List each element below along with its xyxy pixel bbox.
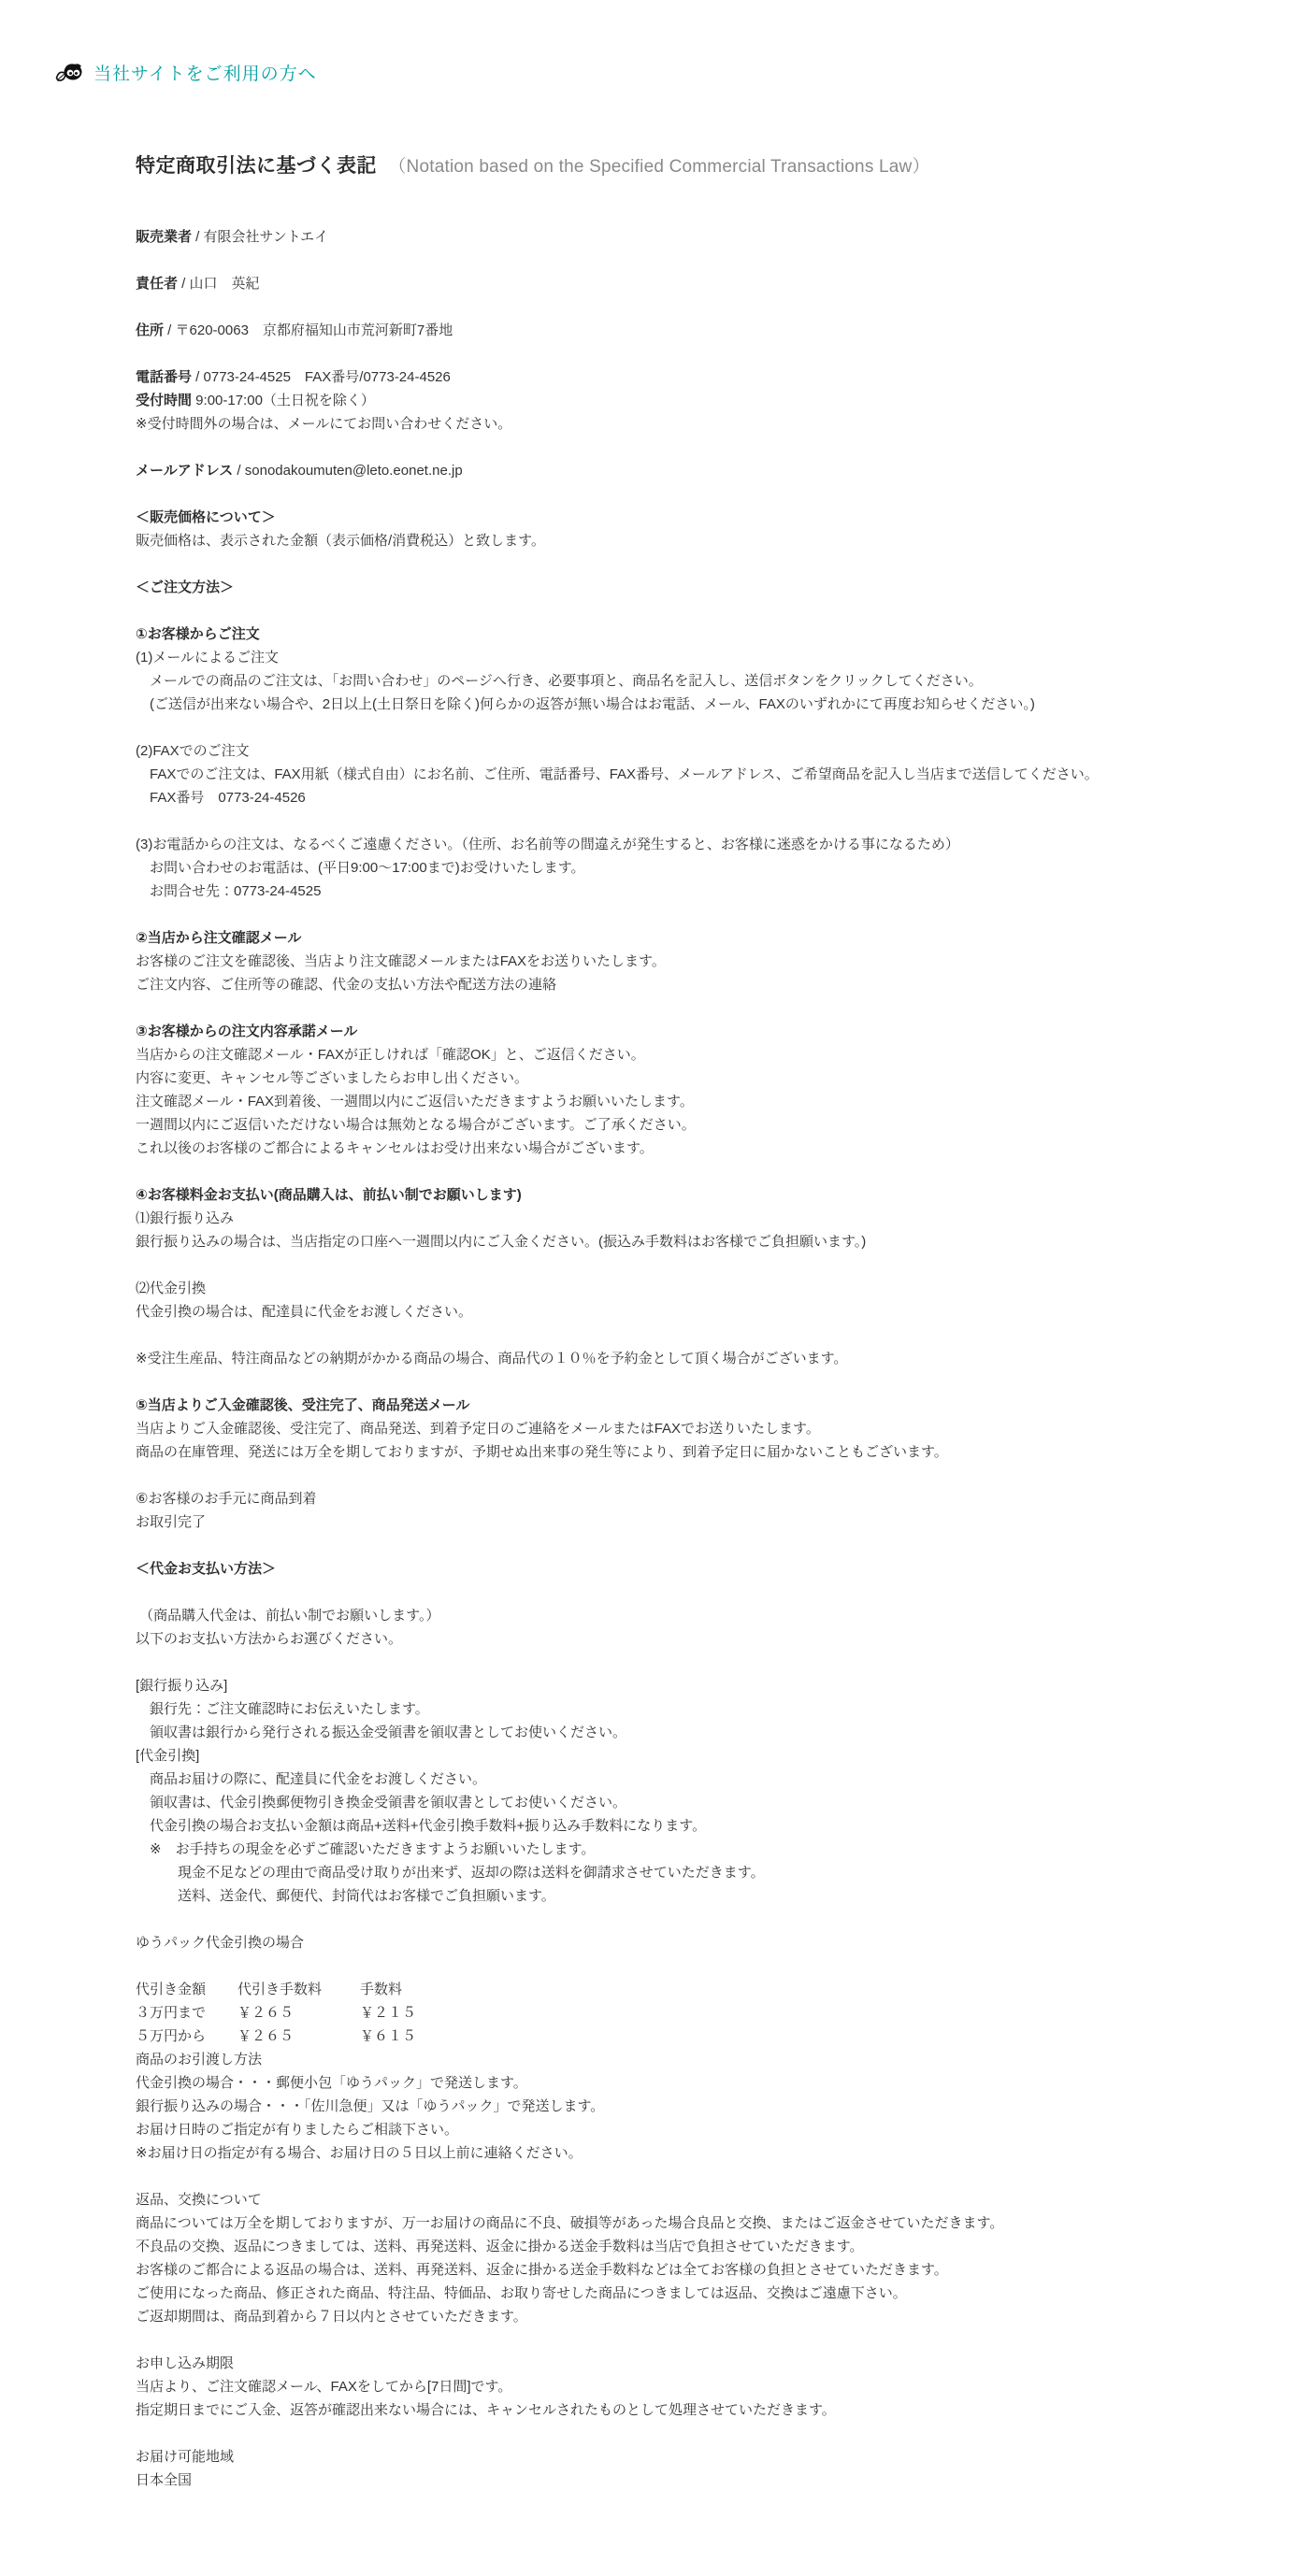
- doc-line: 領収書は銀行から発行される振込金受領書を領収書としてお使いください。: [136, 1721, 1304, 1744]
- doc-line: 商品のお引渡し方法: [136, 2048, 1304, 2071]
- doc-line: メールでの商品のご注文は、「お問い合わせ」のページへ行き、必要事項と、商品名を記…: [136, 669, 1304, 693]
- page-title: 特定商取引法に基づく表記 （Notation based on the Spec…: [136, 150, 1309, 179]
- doc-line: 銀行振り込みの場合は、当店指定の口座へ一週間以内にご入金ください。(振込み手数料…: [136, 1230, 1304, 1253]
- fee-table-cell: ５万円から: [136, 2025, 237, 2048]
- doc-line: 銀行先：ご注文確認時にお伝えいたします。: [136, 1697, 1304, 1721]
- text-block: ④お客様料金お支払い(商品購入は、前払い制でお願いします)⑴銀行振り込み銀行振り…: [136, 1183, 1304, 1253]
- text-block: 返品、交換について商品については万全を期しておりますが、万一お届けの商品に不良、…: [136, 2188, 1304, 2328]
- text-block: 代引き金額代引き手数料手数料３万円まで￥２６５￥２１５５万円から￥２６５￥６１５…: [136, 1978, 1304, 2165]
- text-block: ⑵代金引換代金引換の場合は、配達員に代金をお渡しください。: [136, 1277, 1304, 1324]
- doc-line: (3)お電話からの注文は、なるべくご遠慮ください。（住所、お名前等の間違えが発生…: [136, 833, 1304, 856]
- text-block: 販売業者 / 有限会社サントエイ: [136, 225, 1304, 249]
- doc-heading-line: ④お客様料金お支払い(商品購入は、前払い制でお願いします): [136, 1183, 1304, 1207]
- doc-line: 不良品の交換、返品につきましては、送料、再発送料、返金に掛かる送金手数料は当店で…: [136, 2235, 1304, 2258]
- doc-line: ご返却期間は、商品到着から７日以内とさせていただきます。: [136, 2305, 1304, 2328]
- doc-line: お申し込み期限: [136, 2352, 1304, 2375]
- fee-table-cell: ￥２６５: [237, 2001, 360, 2025]
- text-block: [銀行振り込み] 銀行先：ご注文確認時にお伝えいたします。 領収書は銀行から発行…: [136, 1674, 1304, 1908]
- doc-heading-line: ③お客様からの注文内容承諾メール: [136, 1020, 1304, 1043]
- doc-line: これ以後のお客様のご都合によるキャンセルはお受け出来ない場合がございます。: [136, 1137, 1304, 1160]
- doc-heading-line: 電話番号 / 0773-24-4525 FAX番号/0773-24-4526: [136, 365, 1304, 389]
- bottom-whitespace: [0, 2492, 1309, 2576]
- text-block: 責任者 / 山口 英紀: [136, 272, 1304, 295]
- doc-line: 領収書は、代金引換郵便物引き換金受領書を領収書としてお使いください。: [136, 1791, 1304, 1814]
- doc-heading-line: ＜販売価格について＞: [136, 506, 1304, 529]
- doc-heading-line: 責任者 / 山口 英紀: [136, 272, 1304, 295]
- doc-line: 指定期日までにご入金、返答が確認出来ない場合には、キャンセルされたものとして処理…: [136, 2398, 1304, 2422]
- doc-line: ⑴銀行振り込み: [136, 1207, 1304, 1230]
- doc-line: (2)FAXでのご注文: [136, 739, 1304, 763]
- fee-table-cell: ￥２１５: [360, 2001, 472, 2025]
- doc-line: ⑵代金引換: [136, 1277, 1304, 1300]
- owl-mascot-icon: [54, 62, 84, 84]
- doc-line: 一週間以内にご返信いただけない場合は無効となる場合がございます。ご了承ください。: [136, 1113, 1304, 1137]
- doc-line: 商品の在庫管理、発送には万全を期しておりますが、予期せぬ出来事の発生等により、到…: [136, 1440, 1304, 1464]
- text-block: お届け可能地域日本全国: [136, 2445, 1304, 2492]
- text-block: ①お客様からご注文(1)メールによるご注文 メールでの商品のご注文は、「お問い合…: [136, 623, 1304, 716]
- text-block: ＜販売価格について＞販売価格は、表示された金額（表示価格/消費税込）と致します。: [136, 506, 1304, 552]
- text-block: (2)FAXでのご注文 FAXでのご注文は、FAX用紙（様式自由）にお名前、ご住…: [136, 739, 1304, 809]
- doc-line: ※ お手持ちの現金を必ずご確認いただきますようお願いいたします。: [136, 1838, 1304, 1861]
- doc-line: お届け日時のご指定が有りましたらご相談下さい。: [136, 2118, 1304, 2141]
- fee-table-header-cell: 手数料: [360, 1978, 472, 2001]
- doc-line: ※受注生産品、特注商品などの納期がかかる商品の場合、商品代の１０％を予約金として…: [136, 1347, 1304, 1370]
- text-block: ③お客様からの注文内容承諾メール当店からの注文確認メール・FAXが正しければ「確…: [136, 1020, 1304, 1160]
- doc-line: 注文確認メール・FAX到着後、一週間以内にご返信いただきますようお願いいたします…: [136, 1090, 1304, 1113]
- fee-table-header-cell: 代引き金額: [136, 1978, 237, 2001]
- doc-heading-line: メールアドレス / sonodakoumuten@leto.eonet.ne.j…: [136, 459, 1304, 482]
- text-block: （商品購入代金は、前払い制でお願いします。）以下のお支払い方法からお選びください…: [136, 1604, 1304, 1651]
- doc-heading-line: 住所 / 〒620-0063 京都府福知山市荒河新町7番地: [136, 319, 1304, 342]
- doc-line: 当店よりご入金確認後、受注完了、商品発送、到着予定日のご連絡をメールまたはFAX…: [136, 1417, 1304, 1440]
- doc-line: [代金引換]: [136, 1744, 1304, 1767]
- fee-table-header-cell: 代引き手数料: [237, 1978, 360, 2001]
- doc-line: 当店より、ご注文確認メール、FAXをしてから[7日間]です。: [136, 2375, 1304, 2398]
- doc-line: 商品お届けの際に、配達員に代金をお渡しください。: [136, 1767, 1304, 1791]
- doc-line: 銀行振り込みの場合・・・「佐川急便」又は「ゆうパック」で発送します。: [136, 2095, 1304, 2118]
- text-block: ゆうパック代金引換の場合: [136, 1931, 1304, 1954]
- text-block: 電話番号 / 0773-24-4525 FAX番号/0773-24-4526受付…: [136, 365, 1304, 436]
- doc-line: お客様のご都合による返品の場合は、送料、再発送料、返金に掛かる送金手数料などは全…: [136, 2258, 1304, 2282]
- doc-heading-line: ②当店から注文確認メール: [136, 926, 1304, 950]
- doc-line: お問合せ先：0773-24-4525: [136, 880, 1304, 903]
- doc-line: （商品購入代金は、前払い制でお願いします。）: [136, 1604, 1304, 1627]
- doc-line: 現金不足などの理由で商品受け取りが出来ず、返却の際は送料を御請求させていただきま…: [136, 1861, 1304, 1884]
- doc-line: 日本全国: [136, 2469, 1304, 2492]
- doc-heading-line: 受付時間 9:00-17:00（土日祝を除く）: [136, 389, 1304, 412]
- doc-heading-line: ①お客様からご注文: [136, 623, 1304, 646]
- doc-line: 代金引換の場合・・・郵便小包「ゆうパック」で発送します。: [136, 2071, 1304, 2095]
- doc-heading-line: ⑤当店よりご入金確認後、受注完了、商品発送メール: [136, 1394, 1304, 1417]
- doc-line: FAXでのご注文は、FAX用紙（様式自由）にお名前、ご住所、電話番号、FAX番号…: [136, 763, 1304, 786]
- doc-line: 当店からの注文確認メール・FAXが正しければ「確認OK」と、ご返信ください。: [136, 1043, 1304, 1066]
- doc-line: 代金引換の場合お支払い金額は商品+送料+代金引換手数料+振り込み手数料になります…: [136, 1814, 1304, 1838]
- fee-table-cell: ￥６１５: [360, 2025, 472, 2048]
- doc-line: ご注文内容、ご住所等の確認、代金の支払い方法や配送方法の連絡: [136, 973, 1304, 996]
- text-block: ⑥お客様のお手元に商品到着お取引完了: [136, 1487, 1304, 1534]
- text-block: ＜代金お支払い方法＞: [136, 1557, 1304, 1581]
- doc-line: (ご送信が出来ない場合や、2日以上(土日祭日を除く)何らかの返答が無い場合はお電…: [136, 693, 1304, 716]
- doc-line: お届け可能地域: [136, 2445, 1304, 2469]
- doc-heading-line: ＜代金お支払い方法＞: [136, 1557, 1304, 1581]
- site-header: 当社サイトをご利用の方へ: [54, 60, 1309, 85]
- doc-line: お取引完了: [136, 1510, 1304, 1534]
- text-block: ※受注生産品、特注商品などの納期がかかる商品の場合、商品代の１０％を予約金として…: [136, 1347, 1304, 1370]
- fee-table-cell: ￥２６５: [237, 2025, 360, 2048]
- doc-line: 送料、送金代、郵便代、封筒代はお客様でご負担願います。: [136, 1884, 1304, 1908]
- doc-line: お問い合わせのお電話は、(平日9:00～17:00まで)お受けいたします。: [136, 856, 1304, 880]
- page-title-english: （Notation based on the Specified Commerc…: [388, 157, 929, 177]
- text-block: (3)お電話からの注文は、なるべくご遠慮ください。（住所、お名前等の間違えが発生…: [136, 833, 1304, 903]
- site-usage-link[interactable]: 当社サイトをご利用の方へ: [93, 60, 317, 85]
- text-block: メールアドレス / sonodakoumuten@leto.eonet.ne.j…: [136, 459, 1304, 482]
- text-block: お申し込み期限当店より、ご注文確認メール、FAXをしてから[7日間]です。指定期…: [136, 2352, 1304, 2422]
- text-block: 住所 / 〒620-0063 京都府福知山市荒河新町7番地: [136, 319, 1304, 342]
- doc-line: ※お届け日の指定が有る場合、お届け日の５日以上前に連絡ください。: [136, 2141, 1304, 2165]
- doc-line: 販売価格は、表示された金額（表示価格/消費税込）と致します。: [136, 529, 1304, 552]
- document-body: 販売業者 / 有限会社サントエイ責任者 / 山口 英紀住所 / 〒620-006…: [136, 225, 1304, 2492]
- doc-line: ゆうパック代金引換の場合: [136, 1931, 1304, 1954]
- doc-line: 内容に変更、キャンセル等ございましたらお申し出ください。: [136, 1066, 1304, 1090]
- doc-line: [銀行振り込み]: [136, 1674, 1304, 1697]
- text-block: ②当店から注文確認メールお客様のご注文を確認後、当店より注文確認メールまたはFA…: [136, 926, 1304, 996]
- doc-line: ご使用になった商品、修正された商品、特注品、特価品、お取り寄せした商品につきまし…: [136, 2282, 1304, 2305]
- doc-heading-line: 販売業者 / 有限会社サントエイ: [136, 225, 1304, 249]
- page-title-japanese: 特定商取引法に基づく表記: [136, 155, 377, 177]
- doc-line: (1)メールによるご注文: [136, 646, 1304, 669]
- fee-table-cell: ３万円まで: [136, 2001, 237, 2025]
- text-block: ⑤当店よりご入金確認後、受注完了、商品発送メール当店よりご入金確認後、受注完了、…: [136, 1394, 1304, 1464]
- text-block: ＜ご注文方法＞: [136, 576, 1304, 599]
- doc-line: ※受付時間外の場合は、メールにてお問い合わせください。: [136, 412, 1304, 436]
- doc-line: お客様のご注文を確認後、当店より注文確認メールまたはFAXをお送りいたします。: [136, 950, 1304, 973]
- doc-line: 以下のお支払い方法からお選びください。: [136, 1627, 1304, 1651]
- doc-heading-line: ＜ご注文方法＞: [136, 576, 1304, 599]
- doc-line: 代金引換の場合は、配達員に代金をお渡しください。: [136, 1300, 1304, 1324]
- doc-line: FAX番号 0773-24-4526: [136, 786, 1304, 809]
- doc-line: ⑥お客様のお手元に商品到着: [136, 1487, 1304, 1510]
- doc-line: 商品については万全を期しておりますが、万一お届けの商品に不良、破損等があった場合…: [136, 2211, 1304, 2235]
- cod-fee-table: 代引き金額代引き手数料手数料３万円まで￥２６５￥２１５５万円から￥２６５￥６１５: [136, 1978, 1304, 2048]
- doc-line: 返品、交換について: [136, 2188, 1304, 2211]
